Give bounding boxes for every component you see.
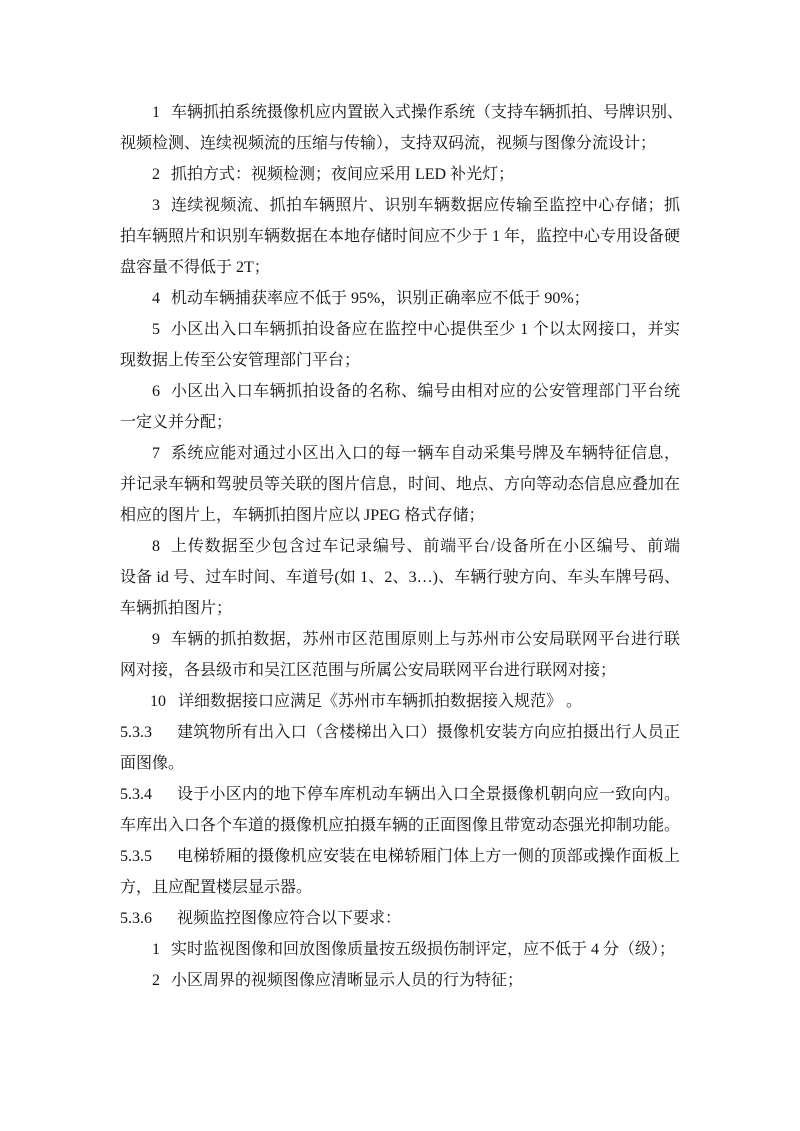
text-line: 面图像。 [120, 748, 680, 779]
text-line: 车辆的抓拍数据，苏州市区范围原则上与苏州市公安局联网平台进行联 [171, 624, 680, 655]
text-line-continuation: 现数据上传至公安管理部门平台； [120, 345, 680, 376]
text-line-continuation: 设备 id 号、过车时间、车道号(如 1、2、3…)、车辆行驶方向、车头车牌号码… [120, 562, 680, 593]
text-line: 方，且应配置楼层显示器。 [120, 872, 680, 903]
list-item-5: 5 小区出入口车辆抓拍设备应在监控中心提供至少 1 个以太网接口，并实 [120, 314, 680, 345]
list-item-4: 4 机动车辆捕获率应不低于 95%，识别正确率应不低于 90%； [120, 283, 680, 314]
clause-number: 5.3.5 [120, 841, 177, 872]
text-line: 小区周界的视频图像应清晰显示人员的行为特征； [171, 965, 680, 996]
clause-5-3-5: 5.3.5 电梯轿厢的摄像机应安装在电梯轿厢门体上方一侧的顶部或操作面板上 [120, 841, 680, 872]
clause-5-3-6: 5.3.6 视频监控图像应符合以下要求： [120, 903, 680, 934]
item-number: 5 [152, 314, 160, 345]
text-line: 车辆抓拍图片； [120, 593, 680, 624]
clause-5-3-6-item-1: 1 实时监视图像和回放图像质量按五级损伤制评定，应不低于 4 分（级）； [120, 934, 680, 965]
text-line: 视频检测、连续视频流的压缩与传输），支持双码流，视频与图像分流设计； [120, 128, 680, 159]
text-line-continuation: 并记录车辆和驾驶员等关联的图片信息，时间、地点、方向等动态信息应叠加在 [120, 469, 680, 500]
item-number: 4 [152, 283, 160, 314]
text-line: 一定义并分配； [120, 407, 680, 438]
item-number: 3 [152, 190, 160, 221]
text-line: 抓拍方式：视频检测；夜间应采用 LED 补光灯； [171, 159, 680, 190]
text-line: 并记录车辆和驾驶员等关联的图片信息，时间、地点、方向等动态信息应叠加在 [120, 469, 680, 500]
item-number: 2 [152, 965, 160, 996]
text-line: 拍车辆照片和识别车辆数据在本地存储时间应不少于 1 年，监控中心专用设备硬 [120, 221, 680, 252]
list-item-10: 10 详细数据接口应满足《苏州市车辆抓拍数据接入规范》 。 [120, 686, 680, 717]
clause-5-3-4: 5.3.4 设于小区内的地下停车库机动车辆出入口全景摄像机朝向应一致向内。 [120, 779, 680, 810]
item-number: 2 [152, 159, 160, 190]
text-line: 小区出入口车辆抓拍设备应在监控中心提供至少 1 个以太网接口，并实 [171, 314, 680, 345]
list-item-1: 1 车辆抓拍系统摄像机应内置嵌入式操作系统（支持车辆抓拍、号牌识别、 [120, 97, 680, 128]
item-number: 7 [152, 438, 160, 469]
text-line: 相应的图片上，车辆抓拍图片应以 JPEG 格式存储； [120, 500, 680, 531]
text-line: 车库出入口各个车道的摄像机应拍摄车辆的正面图像且带宽动态强光抑制功能。 [120, 810, 680, 841]
text-line: 机动车辆捕获率应不低于 95%，识别正确率应不低于 90%； [171, 283, 680, 314]
list-item-9: 9 车辆的抓拍数据，苏州市区范围原则上与苏州市公安局联网平台进行联 [120, 624, 680, 655]
text-line: 设备 id 号、过车时间、车道号(如 1、2、3…)、车辆行驶方向、车头车牌号码… [120, 562, 680, 593]
clause-number: 5.3.4 [120, 779, 177, 810]
item-number: 1 [152, 934, 160, 965]
clause-5-3-3: 5.3.3 建筑物所有出入口（含楼梯出入口）摄像机安装方向应拍摄出行人员正 [120, 717, 680, 748]
text-line-continuation: 方，且应配置楼层显示器。 [120, 872, 680, 903]
text-line: 车辆抓拍系统摄像机应内置嵌入式操作系统（支持车辆抓拍、号牌识别、 [171, 97, 680, 128]
text-line-continuation: 车库出入口各个车道的摄像机应拍摄车辆的正面图像且带宽动态强光抑制功能。 [120, 810, 680, 841]
text-line: 小区出入口车辆抓拍设备的名称、编号由相对应的公安管理部门平台统 [171, 376, 680, 407]
list-item-7: 7 系统应能对通过小区出入口的每一辆车自动采集号牌及车辆特征信息， [120, 438, 680, 469]
text-line: 详细数据接口应满足《苏州市车辆抓拍数据接入规范》 。 [178, 686, 680, 717]
text-line: 建筑物所有出入口（含楼梯出入口）摄像机安装方向应拍摄出行人员正 [177, 717, 680, 748]
document-body: 1 车辆抓拍系统摄像机应内置嵌入式操作系统（支持车辆抓拍、号牌识别、 视频检测、… [120, 97, 680, 996]
clause-5-3-6-item-2: 2 小区周界的视频图像应清晰显示人员的行为特征； [120, 965, 680, 996]
text-line-continuation: 一定义并分配； [120, 407, 680, 438]
text-line-continuation: 视频检测、连续视频流的压缩与传输），支持双码流，视频与图像分流设计； [120, 128, 680, 159]
text-line-continuation: 车辆抓拍图片； [120, 593, 680, 624]
text-line: 网对接，各县级市和吴江区范围与所属公安局联网平台进行联网对接； [120, 655, 680, 686]
text-line-continuation: 相应的图片上，车辆抓拍图片应以 JPEG 格式存储； [120, 500, 680, 531]
text-line-continuation: 盘容量不得低于 2T； [120, 252, 680, 283]
clause-number: 5.3.3 [120, 717, 177, 748]
text-line-continuation: 拍车辆照片和识别车辆数据在本地存储时间应不少于 1 年，监控中心专用设备硬 [120, 221, 680, 252]
item-number: 9 [152, 624, 160, 655]
text-line-continuation: 网对接，各县级市和吴江区范围与所属公安局联网平台进行联网对接； [120, 655, 680, 686]
list-item-2: 2 抓拍方式：视频检测；夜间应采用 LED 补光灯； [120, 159, 680, 190]
text-line: 现数据上传至公安管理部门平台； [120, 345, 680, 376]
text-line: 视频监控图像应符合以下要求： [177, 903, 680, 934]
text-line: 连续视频流、抓拍车辆照片、识别车辆数据应传输至监控中心存储；抓 [171, 190, 680, 221]
item-number: 8 [152, 531, 160, 562]
text-line: 上传数据至少包含过车记录编号、前端平台/设备所在小区编号、前端 [171, 531, 680, 562]
item-number: 10 [150, 686, 166, 717]
list-item-3: 3 连续视频流、抓拍车辆照片、识别车辆数据应传输至监控中心存储；抓 [120, 190, 680, 221]
text-line: 电梯轿厢的摄像机应安装在电梯轿厢门体上方一侧的顶部或操作面板上 [177, 841, 680, 872]
text-line: 设于小区内的地下停车库机动车辆出入口全景摄像机朝向应一致向内。 [177, 779, 680, 810]
text-line: 盘容量不得低于 2T； [120, 252, 680, 283]
text-line: 实时监视图像和回放图像质量按五级损伤制评定，应不低于 4 分（级）； [171, 934, 680, 965]
item-number: 6 [152, 376, 160, 407]
clause-number: 5.3.6 [120, 903, 177, 934]
list-item-6: 6 小区出入口车辆抓拍设备的名称、编号由相对应的公安管理部门平台统 [120, 376, 680, 407]
document-page: 1 车辆抓拍系统摄像机应内置嵌入式操作系统（支持车辆抓拍、号牌识别、 视频检测、… [0, 0, 800, 1131]
text-line-continuation: 面图像。 [120, 748, 680, 779]
item-number: 1 [152, 97, 160, 128]
text-line: 系统应能对通过小区出入口的每一辆车自动采集号牌及车辆特征信息， [171, 438, 680, 469]
list-item-8: 8 上传数据至少包含过车记录编号、前端平台/设备所在小区编号、前端 [120, 531, 680, 562]
